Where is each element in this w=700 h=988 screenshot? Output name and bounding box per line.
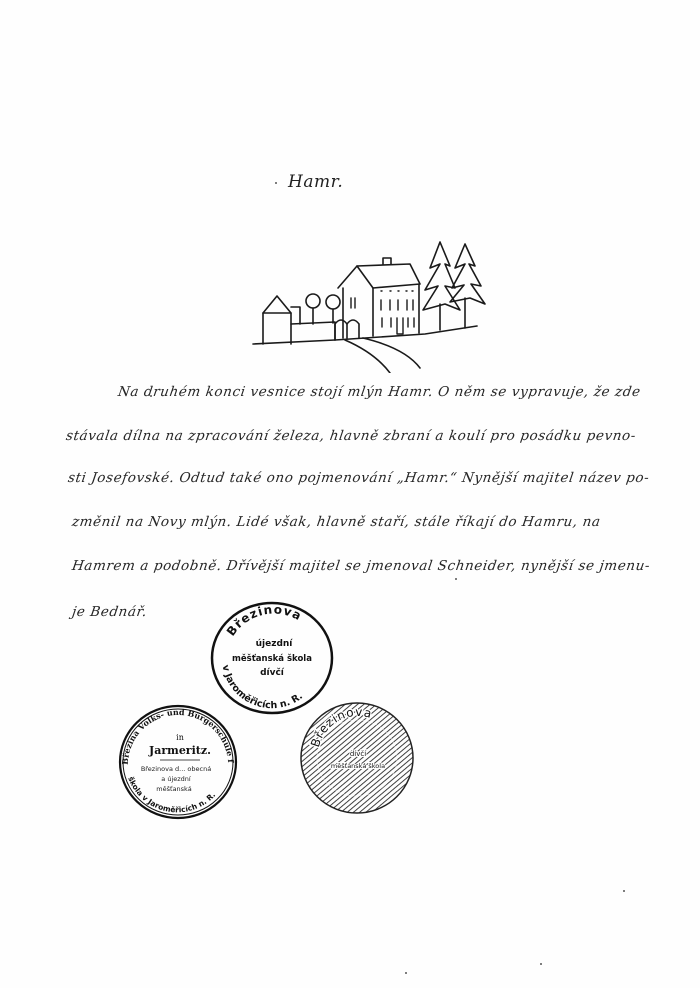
mill-illustration xyxy=(245,228,495,373)
svg-text:měšťanská: měšťanská xyxy=(156,784,191,793)
svg-text:Jarmeritz.: Jarmeritz. xyxy=(148,744,211,757)
page-title: Hamr. xyxy=(288,172,343,192)
svg-text:Březinova d... obecná: Březinova d... obecná xyxy=(141,765,211,773)
scan-speck xyxy=(275,182,277,184)
scan-speck xyxy=(150,395,152,397)
scanned-page: Hamr. xyxy=(0,0,700,988)
svg-text:dívčí: dívčí xyxy=(350,750,367,758)
svg-text:měšťanská škola: měšťanská škola xyxy=(331,761,385,770)
text-line-2: stávala dílna na zpracování železa, hlav… xyxy=(65,428,637,444)
svg-text:újezdní: újezdní xyxy=(256,639,294,649)
svg-text:a újezdní: a újezdní xyxy=(161,775,191,783)
text-line-1: Na druhém konci vesnice stojí mlýn Hamr.… xyxy=(117,384,642,400)
text-line-4: změnil na Novy mlýn. Lidé však, hlavně s… xyxy=(71,514,602,530)
svg-text:Březinova: Březinova xyxy=(224,602,305,638)
text-line-5: Hamrem a podobně. Dřívější majitel se jm… xyxy=(71,558,651,574)
scan-speck xyxy=(623,890,625,892)
stamp-jarmeritz: Březina Volks- und Bürgerschule für Mädc… xyxy=(116,700,240,820)
svg-text:dívčí: dívčí xyxy=(260,667,285,678)
text-line-3: sti Josefovské. Odtud také ono pojmenová… xyxy=(67,470,651,486)
scan-speck xyxy=(455,578,457,580)
scan-speck xyxy=(540,963,542,965)
svg-text:in: in xyxy=(176,733,184,742)
scan-speck xyxy=(405,972,407,974)
svg-text:měšťanská škola: měšťanská škola xyxy=(232,653,312,664)
text-line-6: je Bednář. xyxy=(71,604,148,620)
stamp-brezinova-hatched: Březinova dívčí měšťanská škola xyxy=(296,698,418,818)
